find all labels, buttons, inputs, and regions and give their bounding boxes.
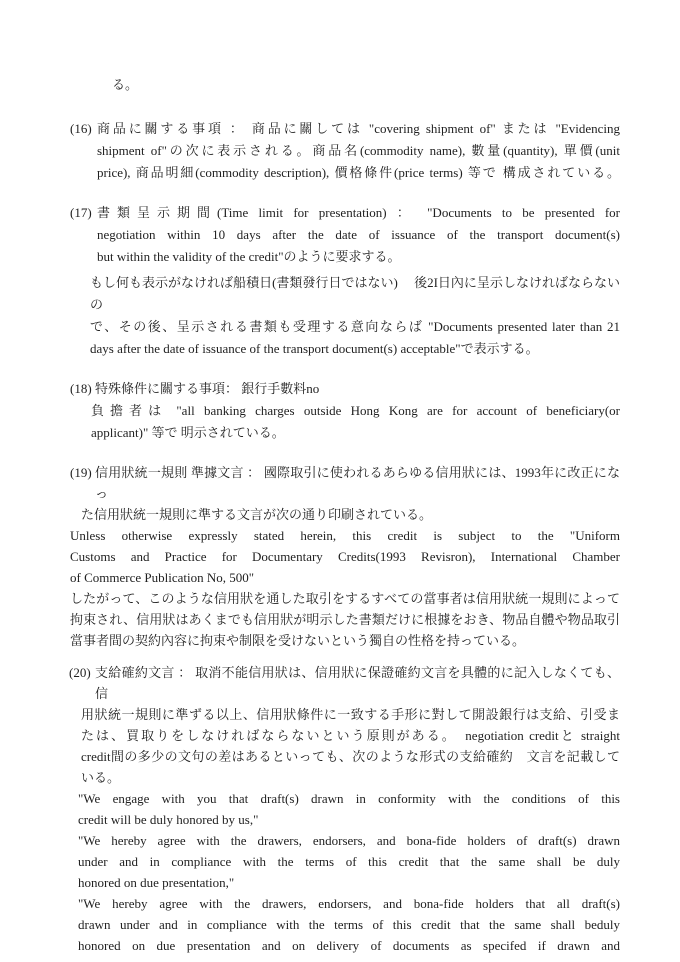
text-line: 信用狀統一規則 準據文言 ： 國際取引に使われるあらゆる信用狀には、1993年に… xyxy=(95,462,620,504)
text-line: 負擔者は "all banking charges outside Hong K… xyxy=(91,400,620,422)
text-line: 特殊條件に關する事項： 銀行手數料no xyxy=(95,378,620,400)
text-line: "We hereby agree with the drawers, endor… xyxy=(78,830,620,851)
text-line: 拘束され、信用狀はあくまでも信用狀が明示した書類だけに根據をおき、物品自體や物品… xyxy=(70,609,620,630)
text-line: たは、買取りをしなければならないという原則がある。 negotiation cr… xyxy=(81,725,620,746)
section-16: (16)商品に關する事項 ： 商品に關しては "covering shipmen… xyxy=(0,118,680,184)
text-line: た信用狀統一規則に準する文言が次の通り印刷されている。 xyxy=(81,504,620,525)
text-line: days after the date of issuance of the t… xyxy=(90,338,620,360)
text-line: shipment of"の次に表示される。商品名(commodity name)… xyxy=(97,140,620,162)
text-line: negotiation within 10 days after the dat… xyxy=(97,224,620,246)
section-number: (20) xyxy=(69,662,91,683)
text-line: 用狀統一規則に準ずる以上、信用狀條件に一致する手形に對して開設銀行は支給、引受ま xyxy=(81,704,620,725)
section-19: (19)信用狀統一規則 準據文言 ： 國際取引に使われるあらゆる信用狀には、19… xyxy=(0,462,680,651)
text-line: 商品に關する事項 ： 商品に關しては "covering shipment of… xyxy=(97,118,620,140)
text-line: いる。 xyxy=(81,767,620,788)
text-line: applicant)" 等で 明示されている。 xyxy=(91,422,620,444)
text-line: under and in compliance with the terms o… xyxy=(78,851,620,872)
text-line: honored on due presentation and on deliv… xyxy=(78,935,620,956)
text-line: 書類呈示期間(Time limit for presentation) ： "D… xyxy=(97,202,620,224)
text-line: 當事者間の契約內容に拘束や制限を受けないという獨自の性格を持っている。 xyxy=(70,630,620,651)
text-line: credit will be duly honored by us," xyxy=(78,809,620,830)
section-number: (18) xyxy=(70,378,92,400)
text-line: したがって、このような信用狀を通した取引をするすべての當事者は信用狀統一規則によ… xyxy=(70,588,620,609)
text-line: but within the validity of the credit"のよ… xyxy=(97,246,620,268)
text-line: Unless otherwise expressly stated herein… xyxy=(70,525,620,546)
text-line: る。 xyxy=(112,74,620,96)
text-line: 支給確約文言 ： 取消不能信用狀は、信用狀に保證確約文言を具體的に記入しなくても… xyxy=(95,662,620,704)
text-line: of Commerce Publication No, 500" xyxy=(70,567,620,588)
text-line: drawn under and in compliance with the t… xyxy=(78,914,620,935)
section-number: (17) xyxy=(70,202,92,224)
document-body: る。(16)商品に關する事項 ： 商品に關しては "covering shipm… xyxy=(0,0,680,956)
text-line: もし何も表示がなければ船積日(書類發行日ではない) 後2I日內に呈示しなければな… xyxy=(90,272,620,316)
text-line: Customs and Practice for Documentary Cre… xyxy=(70,546,620,567)
section-20: (20)支給確約文言 ： 取消不能信用狀は、信用狀に保證確約文言を具體的に記入し… xyxy=(0,662,680,956)
text-line: credit間の多少の文句の差はあるといっても、次のような形式の支給確約 文言を… xyxy=(81,746,620,767)
section-number: (16) xyxy=(70,118,92,140)
text-line: で、その後、呈示される書類も受理する意向ならば "Documents prese… xyxy=(90,316,620,338)
section-number: (19) xyxy=(70,462,92,483)
paragraph-presentation-note: もし何も表示がなければ船積日(書類發行日ではない) 後2I日內に呈示しなければな… xyxy=(0,272,680,360)
document-page: る。(16)商品に關する事項 ： 商品に關しては "covering shipm… xyxy=(0,0,680,962)
text-line: price), 商品明細(commodity description), 價格條… xyxy=(97,162,620,184)
text-line: "We engage with you that draft(s) drawn … xyxy=(78,788,620,809)
text-line: honored on due presentation," xyxy=(78,872,620,893)
continuation-line: る。 xyxy=(0,74,680,96)
section-17: (17)書類呈示期間(Time limit for presentation) … xyxy=(0,202,680,268)
text-line: "We hereby agree with the drawers, endor… xyxy=(78,893,620,914)
section-18: (18)特殊條件に關する事項： 銀行手數料no負擔者は "all banking… xyxy=(0,378,680,444)
